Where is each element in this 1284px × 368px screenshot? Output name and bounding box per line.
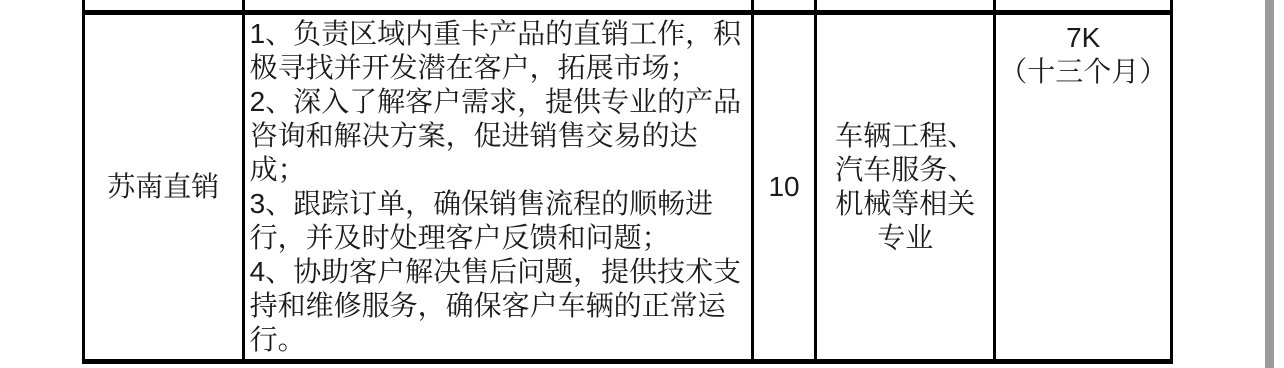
- duty-item-4: 4、协助客户解决售后问题，提供技术支持和维修服务，确保客户车辆的正常运行。: [250, 255, 748, 357]
- empty-cell: [85, 0, 245, 10]
- major-cell: 车辆工程、 汽车服务、 机械等相关 专业: [817, 15, 997, 359]
- salary-amount: 7K: [1066, 21, 1100, 55]
- duties-cell: 1、负责区域内重卡产品的直销工作，积极寻找并开发潜在客户，拓展市场； 2、深入了…: [245, 15, 755, 359]
- position-name: 苏南直销: [107, 170, 219, 204]
- major-line-2: 汽车服务、: [835, 153, 975, 187]
- empty-cell: [754, 0, 817, 10]
- headcount-value: 10: [768, 170, 799, 204]
- major-line-3: 机械等相关: [835, 187, 975, 221]
- empty-cell: [245, 0, 755, 10]
- vertical-scrollbar[interactable]: [1265, 0, 1274, 368]
- page: 苏南直销 1、负责区域内重卡产品的直销工作，积极寻找并开发潜在客户，拓展市场； …: [0, 0, 1284, 368]
- empty-cell: [996, 0, 1173, 10]
- major-line-4: 专业: [877, 221, 933, 255]
- duty-item-2: 2、深入了解客户需求，提供专业的产品咨询和解决方案，促进销售交易的达成；: [250, 85, 748, 187]
- salary-cell: 7K （十三个月）: [996, 15, 1173, 359]
- duty-item-1: 1、负责区域内重卡产品的直销工作，积极寻找并开发潜在客户，拓展市场；: [250, 17, 748, 85]
- salary-months: （十三个月）: [999, 55, 1167, 89]
- job-table: 苏南直销 1、负责区域内重卡产品的直销工作，积极寻找并开发潜在客户，拓展市场； …: [82, 0, 1173, 364]
- job-row: 苏南直销 1、负责区域内重卡产品的直销工作，积极寻找并开发潜在客户，拓展市场； …: [85, 15, 1173, 364]
- headcount-cell: 10: [754, 15, 817, 359]
- duty-item-3: 3、跟踪订单，确保销售流程的顺畅进行，并及时处理客户反馈和问题；: [250, 187, 748, 255]
- position-cell: 苏南直销: [85, 15, 245, 359]
- previous-row-partial: [85, 0, 1173, 15]
- empty-cell: [817, 0, 997, 10]
- major-line-1: 车辆工程、: [835, 119, 975, 153]
